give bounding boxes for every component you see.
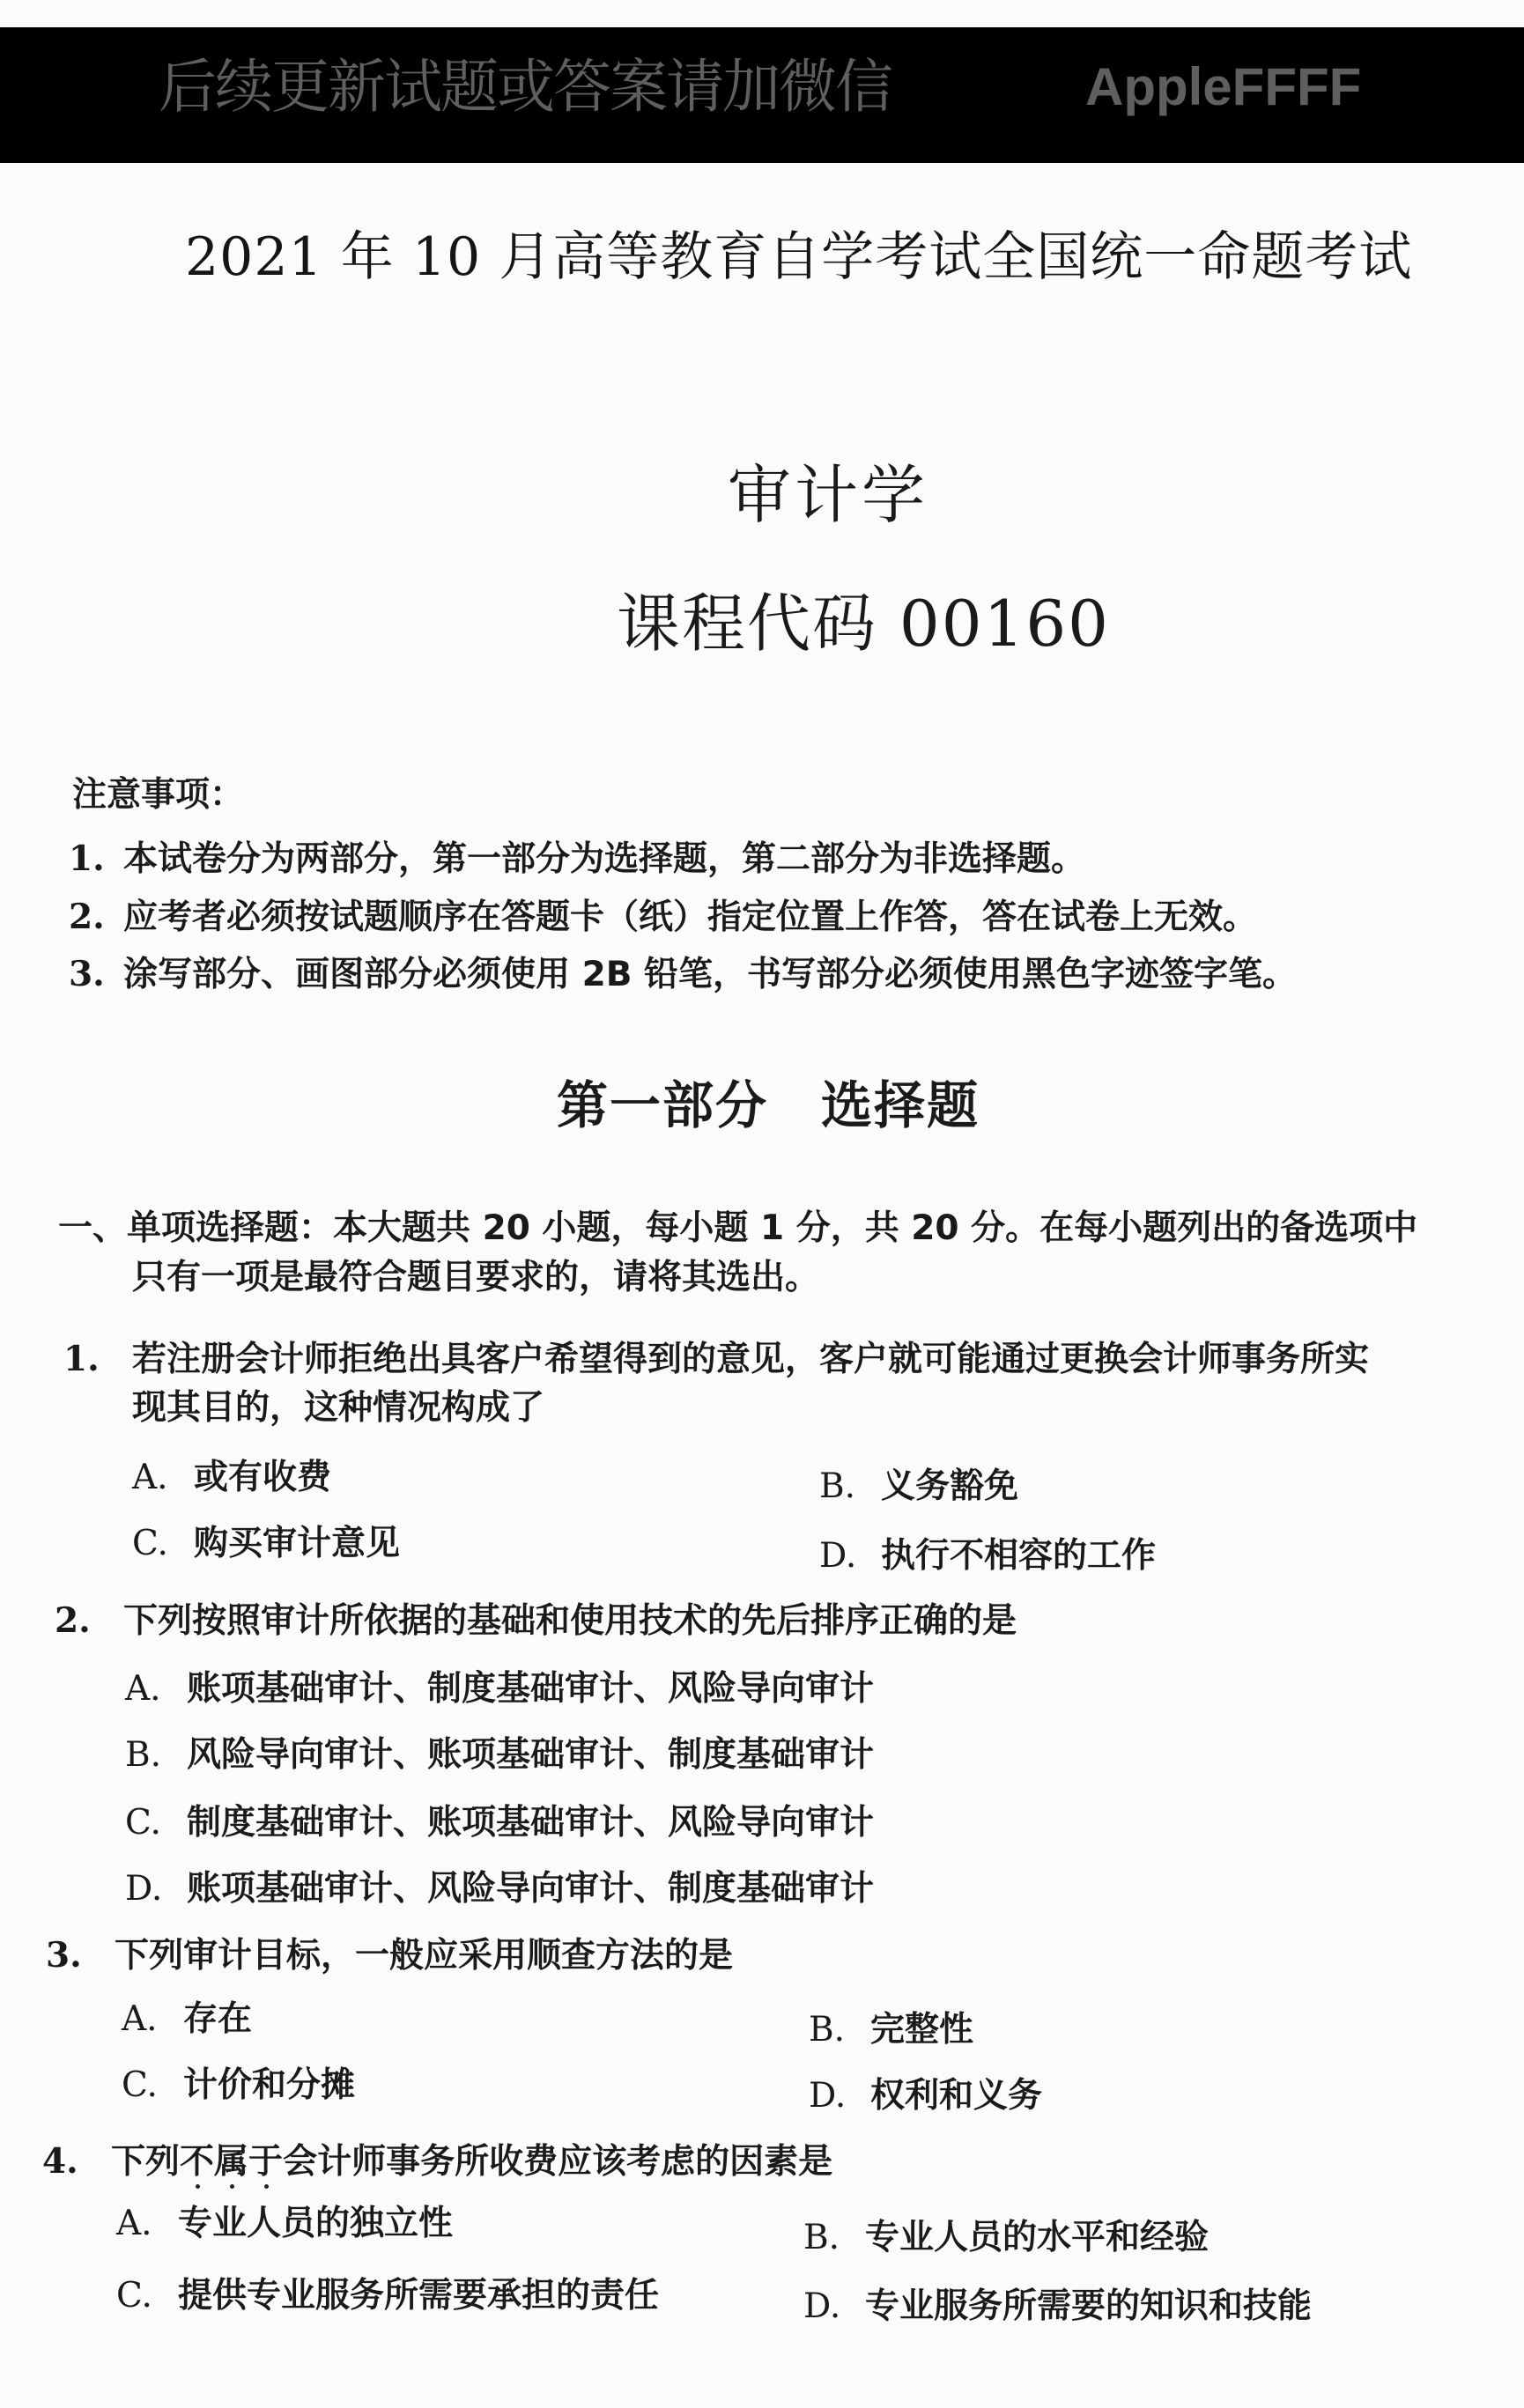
course-code-label: 课程代码 bbox=[617, 587, 877, 661]
question-text-pre: 下列 bbox=[111, 2142, 180, 2182]
part-type: 选择题 bbox=[821, 1075, 980, 1135]
option-text: 义务豁免 bbox=[881, 1466, 1018, 1506]
question-text: 下列审计目标，一般应采用顺查方法的是 bbox=[115, 1936, 733, 1976]
question-text-post: 会计师事务所收费应该考虑的因素是 bbox=[283, 2142, 832, 2182]
option-text: 专业人员的水平和经验 bbox=[865, 2218, 1209, 2257]
option-text: 账项基础审计、制度基础审计、风险导向审计 bbox=[187, 1669, 874, 1709]
question-2-option-d[interactable]: D.账项基础审计、风险导向审计、制度基础审计 bbox=[125, 1869, 874, 1909]
question-3-stem: 3.下列审计目标，一般应采用顺查方法的是 bbox=[46, 1935, 733, 1976]
question-text: 若注册会计师拒绝出具客户希望得到的意见，客户就可能通过更换会计师事务所实 bbox=[132, 1340, 1369, 1379]
option-letter: B. bbox=[125, 1735, 187, 1776]
question-4-option-d[interactable]: D.专业服务所需要的知识和技能 bbox=[803, 2286, 1312, 2327]
question-2-option-b[interactable]: B.风险导向审计、账项基础审计、制度基础审计 bbox=[125, 1735, 874, 1776]
emphasis-char: 于 bbox=[248, 2142, 283, 2182]
question-3-option-d[interactable]: D.权利和义务 bbox=[809, 2076, 1042, 2116]
subject-title: 审计学 bbox=[728, 460, 928, 530]
option-letter: A. bbox=[122, 1999, 183, 2040]
option-text: 权利和义务 bbox=[870, 2076, 1042, 2116]
emphasis-char: 不 bbox=[180, 2142, 214, 2182]
section-instruction-line2: 只有一项是最符合题目要求的，请将其选出。 bbox=[132, 1258, 819, 1298]
note-number: 1. bbox=[69, 838, 123, 879]
question-2-option-a[interactable]: A.账项基础审计、制度基础审计、风险导向审计 bbox=[125, 1669, 874, 1710]
exam-title: 2021 年 10 月高等教育自学考试全国统一命题考试 bbox=[185, 224, 1412, 291]
notes-title: 注意事项： bbox=[72, 775, 244, 816]
option-text: 或有收费 bbox=[194, 1458, 331, 1497]
question-3-option-c[interactable]: C.计价和分摊 bbox=[122, 2065, 355, 2106]
option-letter: D. bbox=[803, 2286, 865, 2327]
question-4-stem: 4.下列不属于会计师事务所收费应该考虑的因素是 bbox=[42, 2141, 832, 2183]
option-text: 完整性 bbox=[870, 2010, 973, 2050]
option-text: 购买审计意见 bbox=[194, 1524, 400, 1563]
option-letter: C. bbox=[122, 2065, 183, 2106]
question-3-option-a[interactable]: A.存在 bbox=[122, 1999, 252, 2040]
question-1-option-d[interactable]: D.执行不相容的工作 bbox=[819, 1536, 1156, 1577]
question-1-option-b[interactable]: B.义务豁免 bbox=[819, 1466, 1018, 1507]
question-4-option-b[interactable]: B.专业人员的水平和经验 bbox=[803, 2218, 1209, 2258]
question-2-stem: 2.下列按照审计所依据的基础和使用技术的先后排序正确的是 bbox=[55, 1600, 1017, 1642]
option-letter: B. bbox=[809, 2010, 870, 2050]
option-text: 计价和分摊 bbox=[183, 2065, 355, 2105]
course-code-line: 课程代码 00160 bbox=[617, 588, 1110, 659]
emphasis-char: 属 bbox=[214, 2142, 248, 2182]
question-1-option-a[interactable]: A.或有收费 bbox=[132, 1458, 331, 1498]
option-text: 专业服务所需要的知识和技能 bbox=[865, 2286, 1312, 2326]
note-item: 1.本试卷分为两部分，第一部分为选择题，第二部分为非选择题。 bbox=[69, 838, 1085, 880]
option-letter: B. bbox=[803, 2218, 865, 2258]
watermark-banner: 后续更新试题或答案请加微信 AppleFFFF bbox=[0, 27, 1524, 163]
note-text: 涂写部分、画图部分必须使用 2B 铅笔，书写部分必须使用黑色字迹签字笔。 bbox=[123, 955, 1297, 994]
section-instruction-line1: 一、单项选择题：本大题共 20 小题，每小题 1 分，共 20 分。在每小题列出… bbox=[58, 1208, 1417, 1249]
option-letter: C. bbox=[132, 1524, 194, 1564]
note-item: 2.应考者必须按试题顺序在答题卡（纸）指定位置上作答，答在试卷上无效。 bbox=[69, 897, 1257, 938]
option-text: 账项基础审计、风险导向审计、制度基础审计 bbox=[187, 1869, 874, 1909]
question-text: 下列按照审计所依据的基础和使用技术的先后排序正确的是 bbox=[123, 1601, 1017, 1641]
option-text: 制度基础审计、账项基础审计、风险导向审计 bbox=[187, 1803, 874, 1843]
question-1-option-c[interactable]: C.购买审计意见 bbox=[132, 1524, 400, 1564]
question-4-option-c[interactable]: C.提供专业服务所需要承担的责任 bbox=[116, 2276, 659, 2316]
question-4-option-a[interactable]: A.专业人员的独立性 bbox=[116, 2204, 453, 2244]
question-1-stem-line2: 现其目的，这种情况构成了 bbox=[132, 1388, 544, 1429]
option-letter: C. bbox=[125, 1803, 187, 1843]
note-text: 应考者必须按试题顺序在答题卡（纸）指定位置上作答，答在试卷上无效。 bbox=[123, 897, 1257, 937]
note-item: 3.涂写部分、画图部分必须使用 2B 铅笔，书写部分必须使用黑色字迹签字笔。 bbox=[69, 954, 1297, 995]
option-letter: A. bbox=[125, 1669, 187, 1710]
note-number: 2. bbox=[69, 897, 123, 937]
question-number: 4. bbox=[42, 2141, 111, 2182]
question-3-option-b[interactable]: B.完整性 bbox=[809, 2010, 973, 2050]
question-number: 2. bbox=[55, 1600, 123, 1641]
option-letter: D. bbox=[125, 1869, 187, 1909]
option-text: 提供专业服务所需要承担的责任 bbox=[178, 2276, 659, 2316]
course-code-value: 00160 bbox=[899, 587, 1110, 661]
part-name: 第一部分 bbox=[557, 1075, 768, 1135]
option-letter: A. bbox=[116, 2204, 178, 2244]
option-letter: C. bbox=[116, 2276, 178, 2316]
part-heading: 第一部分选择题 bbox=[557, 1076, 980, 1134]
question-number: 3. bbox=[46, 1935, 115, 1976]
question-number: 1. bbox=[63, 1339, 132, 1379]
option-text: 执行不相容的工作 bbox=[881, 1536, 1156, 1576]
watermark-wechat-id: AppleFFFF bbox=[1085, 52, 1361, 122]
option-letter: D. bbox=[819, 1536, 881, 1577]
option-text: 风险导向审计、账项基础审计、制度基础审计 bbox=[187, 1735, 874, 1775]
option-letter: D. bbox=[809, 2076, 870, 2116]
note-number: 3. bbox=[69, 954, 123, 994]
note-text: 本试卷分为两部分，第一部分为选择题，第二部分为非选择题。 bbox=[123, 839, 1085, 879]
question-2-option-c[interactable]: C.制度基础审计、账项基础审计、风险导向审计 bbox=[125, 1803, 874, 1843]
option-letter: A. bbox=[132, 1458, 194, 1498]
option-letter: B. bbox=[819, 1466, 881, 1507]
watermark-text: 后续更新试题或答案请加微信 bbox=[159, 52, 891, 122]
option-text: 存在 bbox=[183, 1999, 252, 2039]
option-text: 专业人员的独立性 bbox=[178, 2204, 453, 2243]
question-1-stem: 1.若注册会计师拒绝出具客户希望得到的意见，客户就可能通过更换会计师事务所实 bbox=[63, 1339, 1369, 1380]
